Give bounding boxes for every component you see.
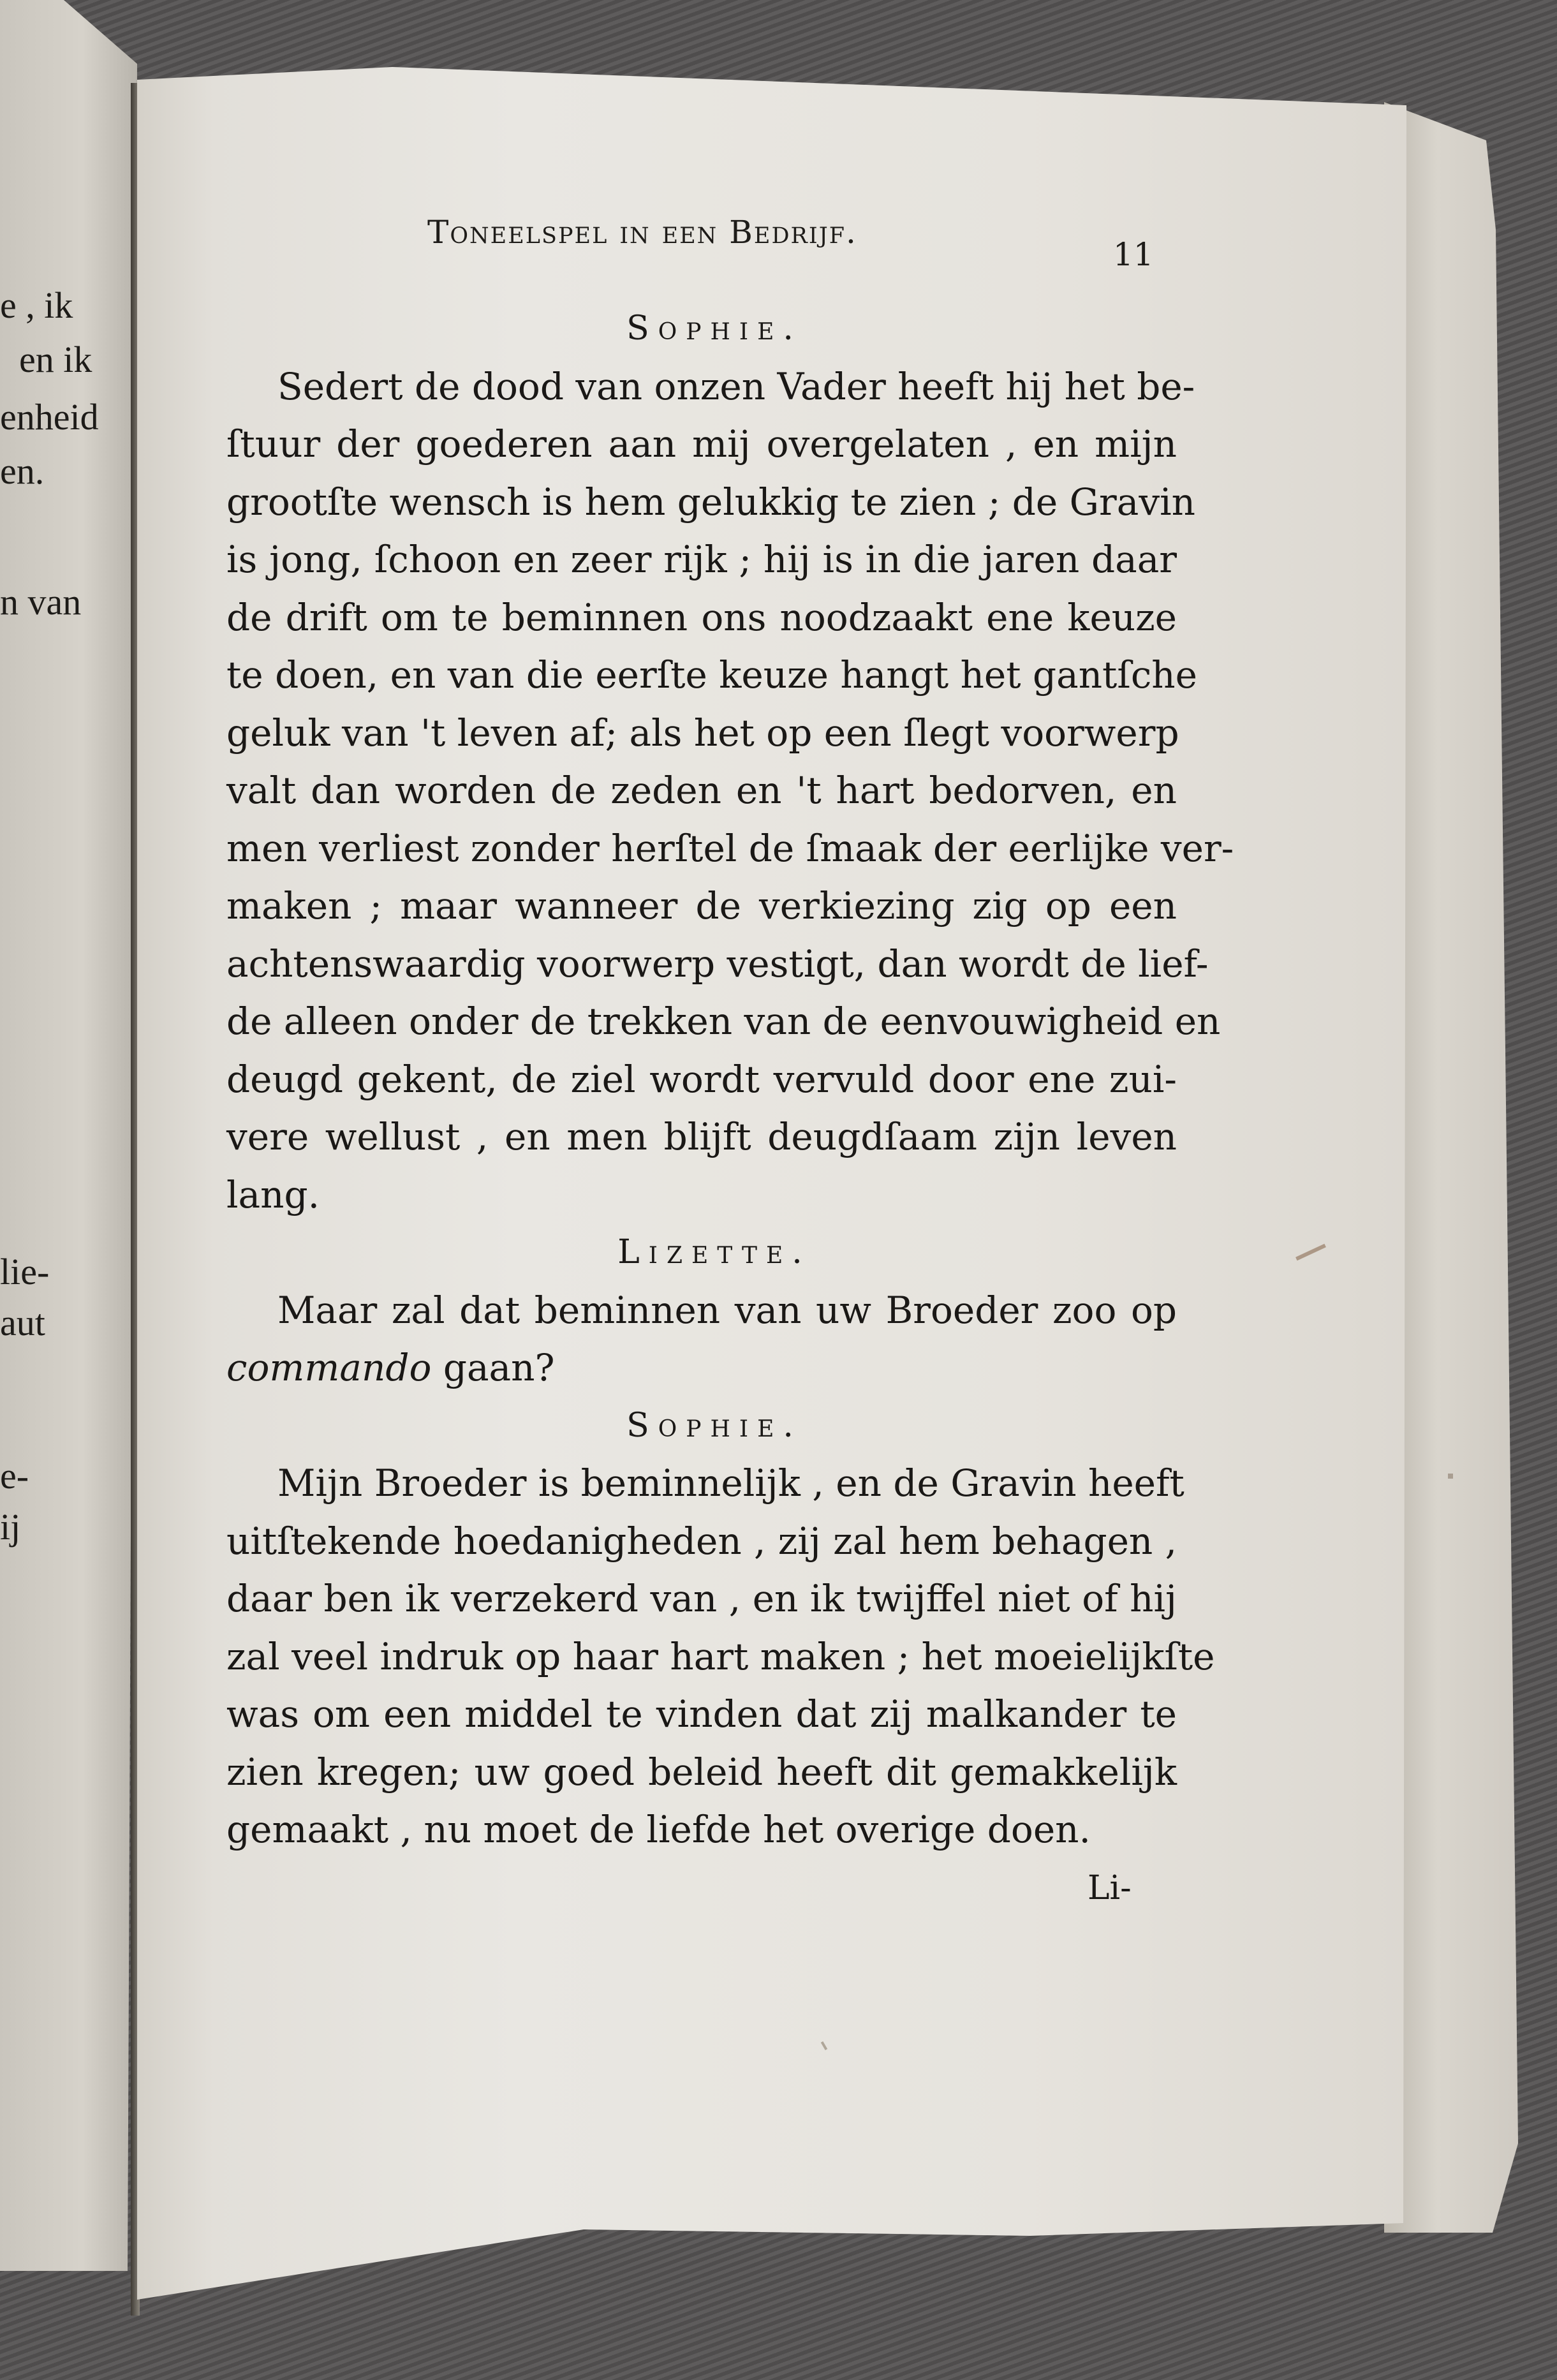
left-page-fragment: lie-	[0, 1250, 49, 1293]
text-line: valt dan worden de zeden en 't hart bedo…	[226, 762, 1177, 820]
catchword: Li-	[1088, 1869, 1132, 1907]
text-line: vere wellust , en men blijft deugdſaam z…	[226, 1108, 1177, 1166]
text-line: zal veel indruk op haar hart maken ; het…	[226, 1628, 1177, 1686]
left-page-fragment: en.	[0, 450, 44, 492]
speaker-name: Sophie.	[226, 1397, 1177, 1455]
speaker-name: Sophie.	[226, 300, 1177, 358]
left-page-fragment: e-	[0, 1454, 29, 1497]
running-head: Toneelspel in een Bedrijf.	[427, 214, 857, 251]
left-page-fragment: enheid	[0, 395, 99, 438]
text-line: lang.	[226, 1166, 1177, 1224]
text-line: commando gaan?	[226, 1339, 1177, 1397]
text-line: deugd gekent, de ziel wordt vervuld door…	[226, 1051, 1177, 1109]
text-line: zien kregen; uw goed beleid heeft dit ge…	[226, 1743, 1177, 1801]
text-fragment: gaan?	[431, 1346, 554, 1389]
left-page-fragment: en ik	[19, 338, 92, 381]
text-line: grootſte wensch is hem gelukkig te zien …	[226, 473, 1177, 531]
left-page-fragment: n van	[0, 580, 81, 623]
text-line: uitſtekende hoedanigheden , zij zal hem …	[226, 1512, 1177, 1571]
text-line: is jong, ſchoon en zeer rijk ; hij is in…	[226, 531, 1177, 589]
left-page-fragment: e , ik	[0, 284, 73, 327]
text-line: Maar zal dat beminnen van uw Broeder zoo…	[226, 1282, 1177, 1340]
left-page-fragment: ij	[0, 1505, 20, 1548]
text-line: was om een middel te vinden dat zij malk…	[226, 1685, 1177, 1743]
text-line: maken ; maar wanneer de verkiezing zig o…	[226, 877, 1177, 935]
text-line: te doen, en van die eerſte keuze hangt h…	[226, 646, 1177, 704]
text-line: Sedert de dood van onzen Vader heeft hij…	[226, 358, 1177, 416]
left-page: e , ik en ik enheid en. n van lie- aut e…	[0, 0, 137, 2271]
speaker-name: Lizette.	[226, 1223, 1177, 1282]
text-line: ſtuur der goederen aan mij overgelaten ,…	[226, 415, 1177, 473]
text-line: de alleen onder de trekken van de eenvou…	[226, 993, 1177, 1051]
text-line: Mijn Broeder is beminnelijk , en de Grav…	[226, 1454, 1177, 1512]
page-text: Sophie. Sedert de dood van onzen Vader h…	[226, 300, 1177, 1859]
left-page-fragment: aut	[0, 1301, 45, 1344]
text-line: gemaakt , nu moet de liefde het overige …	[226, 1801, 1177, 1859]
text-line: de drift om te beminnen ons noodzaakt en…	[226, 589, 1177, 647]
italic-word: commando	[226, 1346, 431, 1389]
page-number: 11	[1113, 236, 1154, 273]
text-line: geluk van 't leven af; als het op een ſl…	[226, 704, 1177, 762]
text-line: achtenswaardig voorwerp vestigt, dan wor…	[226, 935, 1177, 993]
text-line: men verliest zonder herſtel de ſmaak der…	[226, 820, 1177, 878]
text-line: daar ben ik verzekerd van , en ik twijff…	[226, 1570, 1177, 1628]
